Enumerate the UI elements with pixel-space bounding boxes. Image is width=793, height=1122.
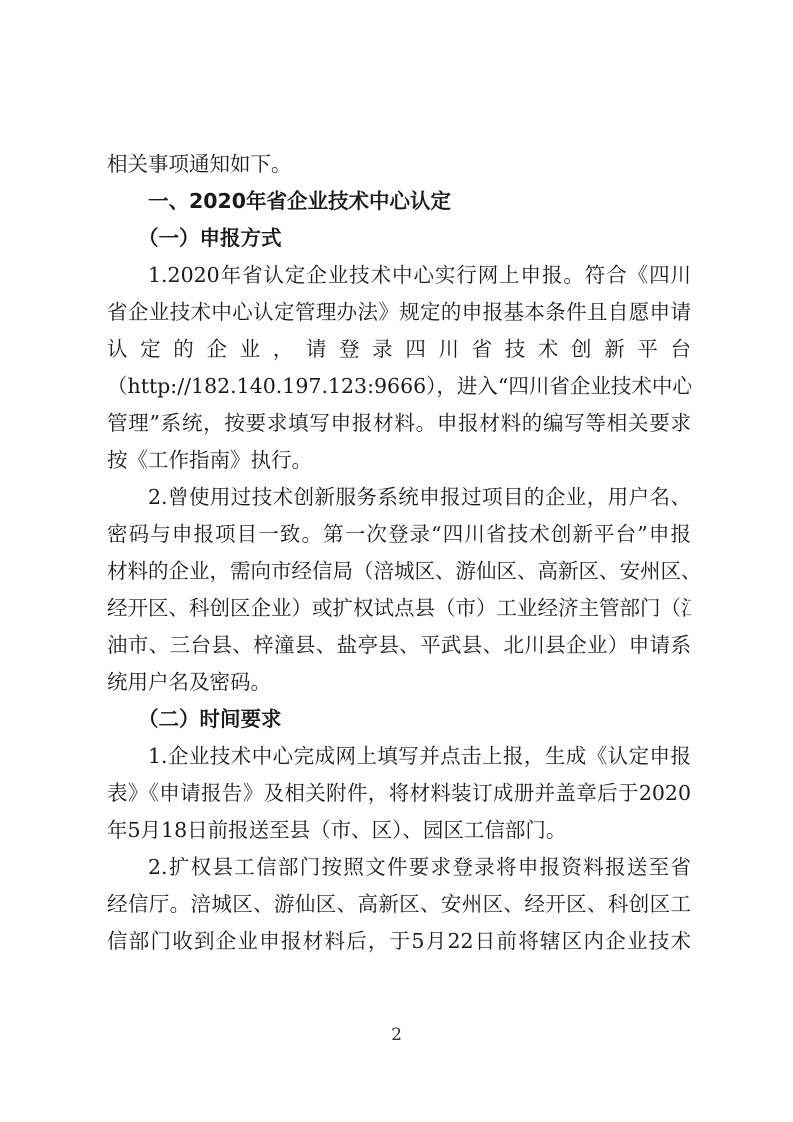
paragraph-line: 油市、三台县、梓潼县、盐亭县、平武县、北川县企业）申请系 xyxy=(107,627,691,664)
paragraph-line: 密码与申报项目一致。第一次登录“四川省技术创新平台”申报 xyxy=(107,516,691,553)
paragraph-line: 认 定 的 企 业 ， 请 登 录 四 川 省 技 术 创 新 平 台 xyxy=(107,331,691,368)
page-number: 2 xyxy=(0,1025,793,1045)
paragraph-line: 省企业技术中心认定管理办法》规定的申报基本条件且自愿申请 xyxy=(107,294,691,331)
paragraph-line: 1.2020年省认定企业技术中心实行网上申报。符合《四川 xyxy=(107,257,691,294)
paragraph-line: 信部门收到企业申报材料后，于5月22日前将辖区内企业技术 xyxy=(107,923,691,960)
paragraph-line: 按《工作指南》执行。 xyxy=(107,442,691,479)
paragraph-line: 材料的企业，需向市经信局（涪城区、游仙区、高新区、安州区、 xyxy=(107,553,691,590)
document-page: 相关事项通知如下。 一、2020年省企业技术中心认定 （一）申报方式 1.202… xyxy=(0,0,793,1122)
paragraph-line: 2.扩权县工信部门按照文件要求登录将申报资料报送至省 xyxy=(107,849,691,886)
subsection-heading: （二）时间要求 xyxy=(138,701,691,738)
subsection-heading: （一）申报方式 xyxy=(138,220,691,257)
paragraph-line: 表》《申请报告》及相关附件，将材料装订成册并盖章后于2020 xyxy=(107,775,691,812)
paragraph-line: 管理”系统，按要求填写申报材料。申报材料的编写等相关要求 xyxy=(107,405,691,442)
paragraph-line: 经开区、科创区企业）或扩权试点县（市）工业经济主管部门（江 xyxy=(107,590,691,627)
section-heading: 一、2020年省企业技术中心认定 xyxy=(148,183,691,220)
paragraph-line: 经信厅。涪城区、游仙区、高新区、安州区、经开区、科创区工 xyxy=(107,886,691,923)
paragraph-line: 统用户名及密码。 xyxy=(107,664,691,701)
paragraph-continuation: 相关事项通知如下。 xyxy=(107,146,691,183)
paragraph-line: 1.企业技术中心完成网上填写并点击上报，生成《认定申报 xyxy=(107,738,691,775)
paragraph-line: （http://182.140.197.123:9666），进入“四川省企业技术… xyxy=(107,368,691,405)
paragraph-line: 年5月18日前报送至县（市、区）、园区工信部门。 xyxy=(107,812,691,849)
paragraph-line: 2.曾使用过技术创新服务系统申报过项目的企业，用户名、 xyxy=(107,479,691,516)
